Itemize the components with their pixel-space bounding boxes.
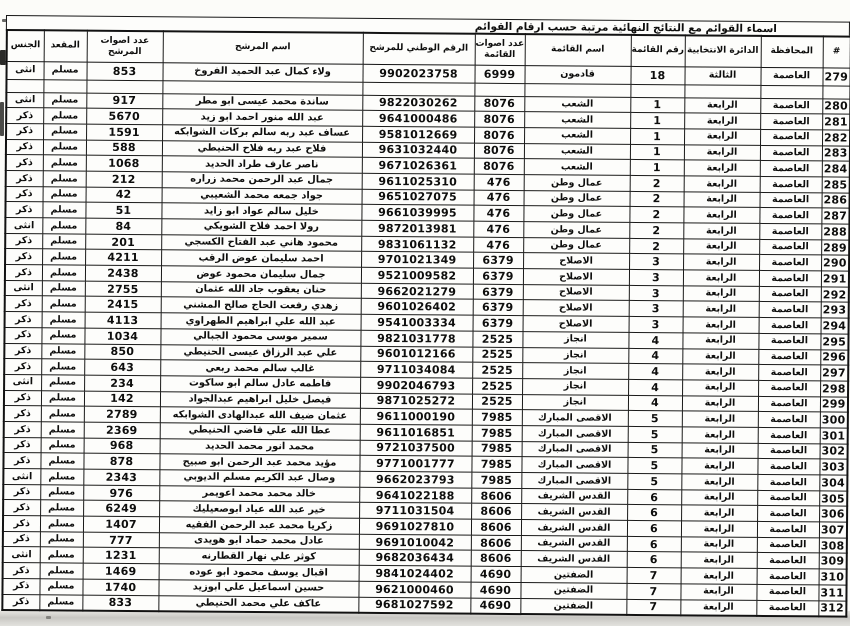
cell-votes: 976 xyxy=(83,485,159,501)
cell-list_no: 4 xyxy=(628,332,682,348)
cell-governorate: العاصمة xyxy=(760,114,822,130)
cell-list_no: 1 xyxy=(630,128,684,144)
cell-num: 308 xyxy=(819,538,847,554)
cell-gender: ذكر xyxy=(3,453,40,469)
cell-gender: ذكر xyxy=(5,312,42,328)
cell-list_no: 7 xyxy=(626,599,680,615)
cell-national_id: 9821031778 xyxy=(360,330,472,347)
cell-list_no: 4 xyxy=(628,379,682,395)
cell-list_no: 7 xyxy=(627,568,681,584)
cell-governorate: العاصمة xyxy=(760,176,822,192)
cell-num: 292 xyxy=(821,287,849,303)
cell-list_votes: 2525 xyxy=(472,394,522,410)
cell-list_votes: 8076 xyxy=(474,143,524,159)
cell-national_id: 9691027810 xyxy=(359,518,471,535)
cell-votes: 1068 xyxy=(86,155,162,171)
cell-seat: مسلم xyxy=(40,453,83,469)
cell-seat: مسلم xyxy=(41,359,84,375)
cell-list_name: القدس الشريف xyxy=(521,551,627,568)
cell-list_no: 5 xyxy=(627,473,681,489)
cell-list_name: الاقصى المبارك xyxy=(521,473,627,490)
cell-votes: 968 xyxy=(84,438,160,454)
cell-national_id: 9631032440 xyxy=(362,142,474,159)
cell-candidate: اقبال يوسف محمود ابو عوده xyxy=(159,564,359,581)
cell-seat: مسلم xyxy=(41,422,84,438)
cell-candidate: احمد سليمان عوض الرقب xyxy=(161,250,361,267)
cell-district: الرابعة xyxy=(681,474,757,490)
cell-governorate: العاصمة xyxy=(759,208,821,224)
cell-national_id: 9662021279 xyxy=(361,283,473,300)
cell-list_name: الشعب xyxy=(524,143,630,160)
cell-gender: ذكر xyxy=(6,186,43,202)
cell-list_no: 3 xyxy=(629,254,683,270)
cell-district: الرابعة xyxy=(682,364,758,380)
cell-num: 305 xyxy=(819,491,847,507)
cell-list_votes: 4690 xyxy=(470,582,520,598)
cell-district: الرابعة xyxy=(682,348,758,364)
cell-list_name: الاقصى المبارك xyxy=(521,457,627,474)
cell-gender: ذكر xyxy=(4,390,41,406)
cell-national_id: 9721037500 xyxy=(360,440,472,457)
cell-num: 306 xyxy=(819,506,847,522)
cell-seat: مسلم xyxy=(40,516,83,532)
cell-district: الرابعة xyxy=(683,223,759,239)
cell-list_no: 4 xyxy=(628,348,682,364)
cell-num: 279 xyxy=(822,67,850,85)
cell-seat: مسلم xyxy=(39,594,82,610)
cell-district: الرابعة xyxy=(684,97,760,113)
cell-list_votes: 8606 xyxy=(471,488,521,504)
cell-votes: 588 xyxy=(86,140,162,156)
cell-gender: ذكر xyxy=(4,421,41,437)
cell-candidate: محمود هاني عبد الفتاح الكسجي xyxy=(161,234,361,251)
cell-list_votes: 2525 xyxy=(472,347,522,363)
cell-governorate: العاصمة xyxy=(758,349,820,365)
cell-governorate: العاصمة xyxy=(757,490,819,506)
cell-list_name: الاصلاح xyxy=(523,284,629,301)
cell-num: 287 xyxy=(821,208,849,224)
cell-num: 312 xyxy=(818,600,846,616)
cell-gender: ذكر xyxy=(2,578,39,594)
cell-list_name: الاقصى المبارك xyxy=(522,410,628,427)
cell-num: 304 xyxy=(819,475,847,491)
cell-votes: 850 xyxy=(84,344,160,360)
cell-list_votes: 2525 xyxy=(472,331,522,347)
cell-candidate: مؤيد محمد عبد الرحمن ابو صبيح xyxy=(159,454,359,471)
cell-gender: انثى xyxy=(5,280,42,296)
cell-gender: انثى xyxy=(3,547,40,563)
cell-gender: ذكر xyxy=(6,155,43,171)
cell-seat: مسلم xyxy=(40,469,83,485)
cell-governorate: العاصمة xyxy=(759,286,821,302)
cell-district: الرابعة xyxy=(682,427,758,443)
cell-governorate: العاصمة xyxy=(758,427,820,443)
cell-seat: مسلم xyxy=(43,171,86,187)
cell-seat: مسلم xyxy=(39,579,82,595)
cell-votes: 42 xyxy=(86,187,162,203)
cell-votes: 84 xyxy=(85,218,161,234)
cell-governorate: العاصمة xyxy=(758,333,820,349)
cell-votes: 4113 xyxy=(85,312,161,328)
cell-candidate: خير عبد الله عياد ابوصعيليك xyxy=(159,501,359,518)
cell-seat: مسلم xyxy=(43,186,86,202)
cell-candidate: عبد الله منور احمد ابو زيد xyxy=(162,109,362,126)
cell-district: الرابعة xyxy=(681,458,757,474)
cell-list_votes: 6999 xyxy=(474,65,524,83)
cell-district: الرابعة xyxy=(682,333,758,349)
cell-list_votes: 6379 xyxy=(473,315,523,331)
column-header-national_id: الرقم الوطني للمرشح xyxy=(363,33,475,65)
cell-list_no: 4 xyxy=(628,364,682,380)
cell-gender: ذكر xyxy=(6,139,43,155)
cell-list_name: القدس الشريف xyxy=(521,535,627,552)
column-header-governorate: المحافظة xyxy=(761,36,823,67)
cell-district: الرابعة xyxy=(681,521,757,537)
cell-candidate: غالب سالم محمد ربعي xyxy=(160,360,360,377)
cell-list_name: الاقصى المبارك xyxy=(522,426,628,443)
cell-list_votes: 8606 xyxy=(471,535,521,551)
cell-list_votes xyxy=(474,83,524,96)
cell-list_no: 6 xyxy=(627,505,681,521)
cell-list_no: 4 xyxy=(628,395,682,411)
cell-list_name: قادمون xyxy=(524,65,630,84)
cell-list_name: القدس الشريف xyxy=(521,520,627,537)
cell-list_votes: 7985 xyxy=(471,456,521,472)
cell-list_votes: 476 xyxy=(473,237,523,253)
cell-list_name: انجاز xyxy=(522,331,628,348)
cell-votes: 142 xyxy=(84,391,160,407)
column-header-seat: المقعد xyxy=(44,30,87,61)
cell-votes: 201 xyxy=(85,234,161,250)
cell-candidate: عثمان ضيف الله عبدالهادى الشوابكه xyxy=(160,407,360,424)
cell-seat: مسلم xyxy=(41,375,84,391)
cell-list_votes: 8076 xyxy=(474,127,524,143)
cell-votes: 2343 xyxy=(83,469,159,485)
cell-num: 311 xyxy=(818,585,846,601)
cell-district: الرابعة xyxy=(683,254,759,270)
cell-district: الرابعة xyxy=(684,144,760,160)
cell-gender: ذكر xyxy=(5,296,42,312)
cell-governorate: العاصمة xyxy=(759,318,821,334)
cell-num: 282 xyxy=(822,130,850,146)
cell-seat: مسلم xyxy=(41,437,84,453)
cell-list_votes: 7985 xyxy=(472,441,522,457)
cell-num: 300 xyxy=(820,412,848,428)
cell-list_name: القدس الشريف xyxy=(521,488,627,505)
cell-governorate: العاصمة xyxy=(756,584,818,600)
cell-candidate: جمال عبد الرحمن محمد زراره xyxy=(162,172,362,189)
cell-list_name: عمال وطن xyxy=(524,190,630,207)
cell-list_votes: 4690 xyxy=(470,598,520,614)
cell-num xyxy=(822,85,850,98)
cell-candidate: زهدي رفعت الحاج صالح المشني xyxy=(161,297,361,314)
cell-national_id: 9872013981 xyxy=(361,220,473,237)
cell-num: 310 xyxy=(819,569,847,585)
cell-list_votes: 8076 xyxy=(474,111,524,127)
cell-district xyxy=(684,84,760,98)
cell-national_id: 9871025272 xyxy=(360,393,472,410)
cell-list_name: الشعب xyxy=(524,112,630,129)
cell-national_id: 9641022188 xyxy=(359,487,471,504)
cell-list_no: 5 xyxy=(628,411,682,427)
cell-votes: 643 xyxy=(84,359,160,375)
cell-district: الرابعة xyxy=(683,317,759,333)
cell-list_votes: 7985 xyxy=(471,472,521,488)
cell-votes: 777 xyxy=(83,532,159,548)
cell-candidate: عادل محمد حماد ابو هويدى xyxy=(159,532,359,549)
cell-seat: مسلم xyxy=(40,484,83,500)
cell-list_no: 5 xyxy=(628,426,682,442)
cell-seat: مسلم xyxy=(40,563,83,579)
cell-district: الرابعة xyxy=(681,552,757,568)
cell-national_id: 9681027592 xyxy=(358,597,470,614)
cell-seat: مسلم xyxy=(42,312,85,328)
cell-list_votes: 8606 xyxy=(471,551,521,567)
cell-list_votes: 6379 xyxy=(473,300,523,316)
results-document: اسماء القوائم مع النتائج النهائية مرتبة … xyxy=(1,15,850,617)
cell-list_votes: 8606 xyxy=(471,504,521,520)
cell-gender: ذكر xyxy=(3,484,40,500)
cell-district: الرابعة xyxy=(681,490,757,506)
cell-gender xyxy=(6,79,43,92)
cell-list_name: انجاز xyxy=(522,363,628,380)
cell-national_id: 9611025310 xyxy=(362,173,474,190)
cell-list_votes: 8076 xyxy=(474,158,524,174)
cell-seat: مسلم xyxy=(42,233,85,249)
column-header-list_no: رقم القائمة xyxy=(631,35,685,66)
cell-national_id: 9601012166 xyxy=(360,346,472,363)
cell-national_id: 9671026361 xyxy=(362,158,474,175)
cell-district: الثالثة xyxy=(684,66,760,85)
cell-national_id: 9621000460 xyxy=(358,581,470,598)
cell-list_no: 3 xyxy=(629,317,683,333)
column-header-district: الدائرة الانتخابية xyxy=(685,35,761,67)
cell-votes: 2789 xyxy=(84,406,160,422)
cell-gender: انثى xyxy=(6,92,43,108)
cell-district: الرابعة xyxy=(682,411,758,427)
cell-num: 286 xyxy=(822,193,850,209)
cell-district: الرابعة xyxy=(680,599,756,615)
cell-candidate: خليل سالم عواد ابو زايد xyxy=(161,203,361,220)
cell-list_no: 1 xyxy=(630,97,684,113)
cell-list_votes: 8606 xyxy=(471,519,521,535)
cell-governorate xyxy=(760,85,822,98)
cell-district: الرابعة xyxy=(682,395,758,411)
cell-governorate: العاصمة xyxy=(757,474,819,490)
cell-list_votes: 6379 xyxy=(473,253,523,269)
cell-district: الرابعة xyxy=(683,207,759,223)
cell-governorate: العاصمة xyxy=(760,192,822,208)
cell-num: 285 xyxy=(822,177,850,193)
cell-national_id: 9661039995 xyxy=(361,205,473,222)
cell-list_name xyxy=(524,83,630,97)
cell-votes: 2369 xyxy=(84,422,160,438)
cell-candidate: جواد جمعه محمد الشعيبي xyxy=(162,187,362,204)
cell-votes: 51 xyxy=(85,202,161,218)
cell-list_name: انجاز xyxy=(522,347,628,364)
cell-seat: مسلم xyxy=(43,155,86,171)
cell-national_id: 9682036434 xyxy=(359,550,471,567)
column-header-votes: عدد اصوات المرشح xyxy=(87,31,163,63)
cell-list_no: 2 xyxy=(629,238,683,254)
cell-candidate: فلاح عبد ربه فلاح الحنيطي xyxy=(162,140,362,157)
cell-national_id: 9611016851 xyxy=(360,424,472,441)
cell-list_name: انجاز xyxy=(522,378,628,395)
cell-gender: ذكر xyxy=(5,233,42,249)
cell-candidate: زكريا محمد عبد الرحمن الفقيه xyxy=(159,517,359,534)
cell-list_no: 6 xyxy=(627,489,681,505)
cell-votes: 833 xyxy=(82,595,158,611)
cell-seat: مسلم xyxy=(40,547,83,563)
cell-list_no: 2 xyxy=(629,207,683,223)
scan-artifact xyxy=(0,102,4,136)
cell-candidate: عطا الله علي قاضي الحنيطي xyxy=(160,423,360,440)
cell-district: الرابعة xyxy=(683,286,759,302)
cell-votes: 4211 xyxy=(85,250,161,266)
cell-list_no: 3 xyxy=(629,301,683,317)
cell-num: 280 xyxy=(822,98,850,114)
cell-seat: مسلم xyxy=(41,390,84,406)
cell-seat: مسلم xyxy=(43,92,86,108)
cell-list_no: 2 xyxy=(629,222,683,238)
cell-national_id xyxy=(362,82,474,96)
cell-district: الرابعة xyxy=(683,239,759,255)
cell-list_no xyxy=(630,84,684,97)
cell-list_no: 5 xyxy=(628,442,682,458)
cell-national_id: 9902046793 xyxy=(360,377,472,394)
cell-gender: انثى xyxy=(3,468,40,484)
cell-gender: ذكر xyxy=(2,594,39,610)
cell-list_no: 6 xyxy=(627,520,681,536)
cell-votes: 878 xyxy=(83,453,159,469)
cell-list_no: 7 xyxy=(626,583,680,599)
cell-national_id: 9581012669 xyxy=(362,126,474,143)
cell-num: 288 xyxy=(821,224,849,240)
cell-seat: مسلم xyxy=(43,108,86,124)
cell-list_no: 1 xyxy=(630,144,684,160)
cell-candidate: رولا احمد فلاح الشويكي xyxy=(161,219,361,236)
cell-governorate: العاصمة xyxy=(757,459,819,475)
cell-gender: ذكر xyxy=(4,406,41,422)
cell-num: 307 xyxy=(819,522,847,538)
cell-candidate: جمال سليمان محمود عوض xyxy=(161,266,361,283)
cell-seat: مسلم xyxy=(42,265,85,281)
cell-gender: ذكر xyxy=(5,265,42,281)
cell-list_name: الاصلاح xyxy=(523,316,629,333)
cell-list_name: الشعب xyxy=(524,159,630,176)
cell-votes: 1740 xyxy=(82,579,158,595)
cell-governorate: العاصمة xyxy=(758,412,820,428)
cell-list_name: انجاز xyxy=(522,394,628,411)
cell-list_name: الشعب xyxy=(524,127,630,144)
cell-list_votes: 2525 xyxy=(472,378,522,394)
cell-national_id: 9701021349 xyxy=(361,252,473,269)
cell-votes: 1231 xyxy=(83,548,159,564)
cell-candidate: ناصر عارف طراد الحديد xyxy=(162,156,362,173)
cell-national_id: 9541003334 xyxy=(361,314,473,331)
cell-national_id: 9711034084 xyxy=(360,361,472,378)
cell-seat: مسلم xyxy=(42,218,85,234)
cell-list_votes: 476 xyxy=(473,221,523,237)
cell-governorate: العاصمة xyxy=(759,302,821,318)
cell-num: 301 xyxy=(820,428,848,444)
cell-num: 289 xyxy=(821,240,849,256)
cell-governorate: العاصمة xyxy=(758,443,820,459)
cell-candidate: محمد انور محمد الحديد xyxy=(160,438,360,455)
cell-list_votes: 476 xyxy=(474,174,524,190)
cell-district: الرابعة xyxy=(680,584,756,600)
cell-num: 309 xyxy=(819,553,847,569)
cell-candidate: عاكف علي محمد الحنيطي xyxy=(158,595,358,612)
cell-seat: مسلم xyxy=(42,281,85,297)
cell-seat: مسلم xyxy=(40,500,83,516)
cell-governorate: العاصمة xyxy=(756,600,818,616)
cell-governorate: العاصمة xyxy=(759,255,821,271)
cell-candidate: وصال عبد الكريم مسلم الديوبي xyxy=(159,470,359,487)
cell-list_name: الضفتين xyxy=(520,582,626,599)
cell-list_name: الاصلاح xyxy=(523,269,629,286)
column-header-list_votes: عدد اصوات القائمة xyxy=(475,34,525,65)
cell-gender: انثى xyxy=(5,218,42,234)
cell-governorate: العاصمة xyxy=(760,98,822,114)
cell-list_votes: 6379 xyxy=(473,268,523,284)
cell-gender: انثى xyxy=(4,374,41,390)
cell-district: الرابعة xyxy=(683,270,759,286)
cell-num: 293 xyxy=(821,302,849,318)
cell-gender: ذكر xyxy=(6,170,43,186)
cell-district: الرابعة xyxy=(684,113,760,129)
cell-list_no: 2 xyxy=(630,191,684,207)
cell-num: 299 xyxy=(820,396,848,412)
cell-list_no: 1 xyxy=(630,160,684,176)
cell-num: 281 xyxy=(822,114,850,130)
cell-candidate: فاطمه عادل سالم ابو ساكوت xyxy=(160,376,360,393)
cell-district: الرابعة xyxy=(681,568,757,584)
cell-list_name: الاصلاح xyxy=(523,300,629,317)
cell-list_name: عمال وطن xyxy=(523,237,629,254)
cell-candidate: عساف عبد ربه سالم بركات الشوابكه xyxy=(162,125,362,142)
cell-list_name: الشعب xyxy=(524,96,630,113)
cell-gender: ذكر xyxy=(5,249,42,265)
cell-governorate: العاصمة xyxy=(760,145,822,161)
scan-artifact xyxy=(46,616,51,619)
cell-seat: مسلم xyxy=(42,202,85,218)
cell-seat: مسلم xyxy=(41,343,84,359)
cell-national_id: 9641000486 xyxy=(362,110,474,127)
cell-num: 296 xyxy=(820,349,848,365)
cell-national_id: 9902023758 xyxy=(362,64,474,83)
cell-num: 297 xyxy=(820,365,848,381)
cell-governorate: العاصمة xyxy=(760,129,822,145)
cell-list_name: الاقصى المبارك xyxy=(522,441,628,458)
column-header-candidate: اسم المرشح xyxy=(163,31,363,64)
cell-num: 298 xyxy=(820,381,848,397)
cell-national_id: 9771001777 xyxy=(359,456,471,473)
cell-candidate: علي عبد الرزاق عيسى الحنيطي xyxy=(160,344,360,361)
cell-seat: مسلم xyxy=(43,139,86,155)
cell-national_id: 9841024402 xyxy=(359,565,471,582)
cell-district: الرابعة xyxy=(682,442,758,458)
column-header-list_name: اسم القائمة xyxy=(525,34,631,66)
cell-num: 303 xyxy=(819,459,847,475)
cell-list_no: 2 xyxy=(630,175,684,191)
cell-list_name: القدس الشريف xyxy=(521,504,627,521)
cell-candidate: فيصل خليل ابراهيم عبدالجواد xyxy=(160,391,360,408)
cell-national_id: 9662023793 xyxy=(359,471,471,488)
cell-district: الرابعة xyxy=(683,301,759,317)
cell-list_votes: 6379 xyxy=(473,284,523,300)
table-body: 279العاصمةالثالثة18قادمون69999902023758و… xyxy=(2,61,850,616)
